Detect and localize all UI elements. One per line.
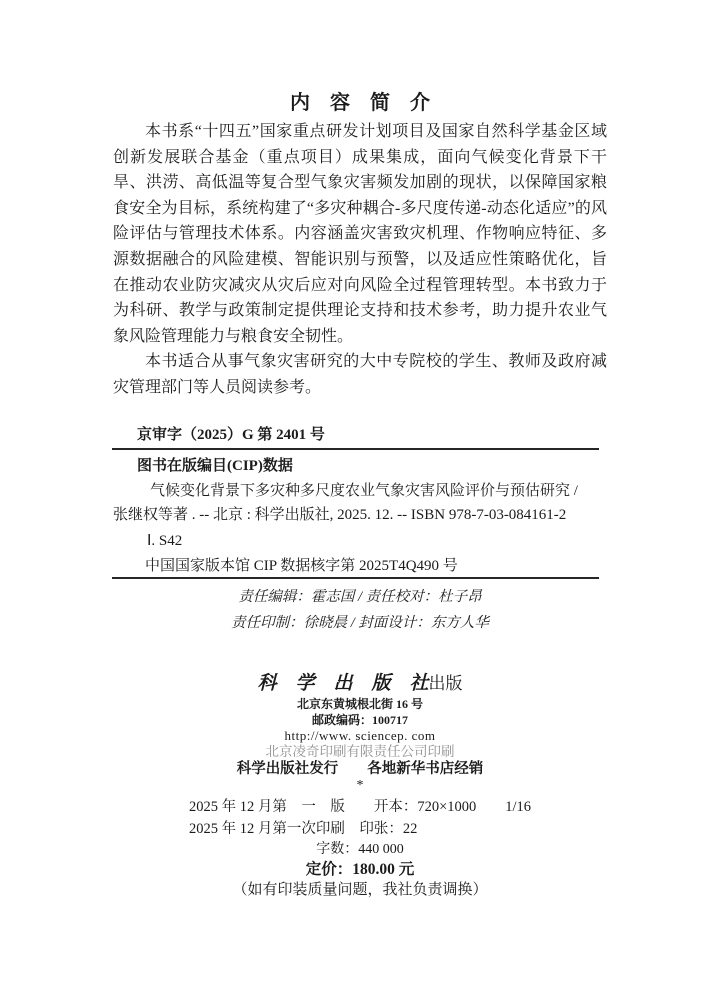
word-count-line: 字数：440 000: [0, 840, 720, 860]
publisher-logo: 科 学 出 版 社: [257, 673, 428, 694]
cip-title-line: 气候变化背景下多灾种多尺度农业气象灾害风险评价与预估研究 /: [150, 481, 613, 501]
cip-record-line: 中国国家版本馆 CIP 数据核字第 2025T4Q490 号: [145, 556, 613, 576]
print-spec-lines: 2025 年 12 月第 一 版 开本：720×1000 1/16 2025 年…: [189, 796, 531, 840]
registration-number: 京审字（2025）G 第 2401 号: [137, 423, 325, 444]
publisher-address: 北京东黄城根北街 16 号: [0, 696, 720, 712]
credits-print-design: 责任印制：徐晓晨 / 封面设计：东方人华: [0, 610, 720, 636]
content-summary: 本书系“十四五”国家重点研发计划项目及国家自然科学基金区域创新发展联合基金（重点…: [113, 119, 607, 401]
cip-class-line: Ⅰ. S42: [147, 531, 613, 551]
separator-asterisk: *: [0, 779, 720, 793]
staff-credits: 责任编辑：霍志国 / 责任校对：杜子昂 责任印制：徐晓晨 / 封面设计：东方人华: [0, 584, 720, 636]
divider-rule-top: [112, 448, 599, 450]
publisher-imprint: 科 学 出 版 社出版: [0, 672, 720, 696]
colophon-block: 科 学 出 版 社出版 北京东黄城根北街 16 号 邮政编码：100717 ht…: [0, 672, 720, 900]
print-spec-group: 2025 年 12 月第 一 版 开本：720×1000 1/16 2025 年…: [0, 793, 720, 840]
exchange-note: （如有印装质量问题，我社负责调换）: [0, 880, 720, 900]
intro-paragraph-2: 本书适合从事气象灾害研究的大中专院校的学生、教师及政府减灾管理部门等人员阅读参考…: [113, 349, 607, 400]
printing-line: 2025 年 12 月第一次印刷 印张：22: [189, 818, 531, 840]
publisher-suffix: 出版: [429, 674, 463, 693]
distribution-line: 科学出版社发行 各地新华书店经销: [0, 760, 720, 779]
cip-author-line: 张继权等著 . -- 北京 : 科学出版社, 2025. 12. -- ISBN…: [113, 505, 613, 525]
edition-line: 2025 年 12 月第 一 版 开本：720×1000 1/16: [189, 796, 531, 818]
publisher-postcode: 邮政编码：100717: [0, 712, 720, 728]
publisher-url: http://www. sciencep. com: [0, 728, 720, 743]
cip-heading: 图书在版编目(CIP)数据: [137, 456, 613, 476]
divider-rule-bottom: [112, 577, 599, 579]
credits-editors: 责任编辑：霍志国 / 责任校对：杜子昂: [0, 584, 720, 610]
intro-paragraph-1: 本书系“十四五”国家重点研发计划项目及国家自然科学基金区域创新发展联合基金（重点…: [113, 119, 607, 349]
book-copyright-page: 内 容 简 介 本书系“十四五”国家重点研发计划项目及国家自然科学基金区域创新发…: [0, 0, 720, 1000]
printer-line: 北京凌奇印刷有限责任公司印刷: [0, 743, 720, 760]
page-title: 内 容 简 介: [113, 86, 607, 115]
cip-block: 图书在版编目(CIP)数据 气候变化背景下多灾种多尺度农业气象灾害风险评价与预估…: [113, 456, 613, 576]
price-line: 定价：180.00 元: [0, 860, 720, 880]
